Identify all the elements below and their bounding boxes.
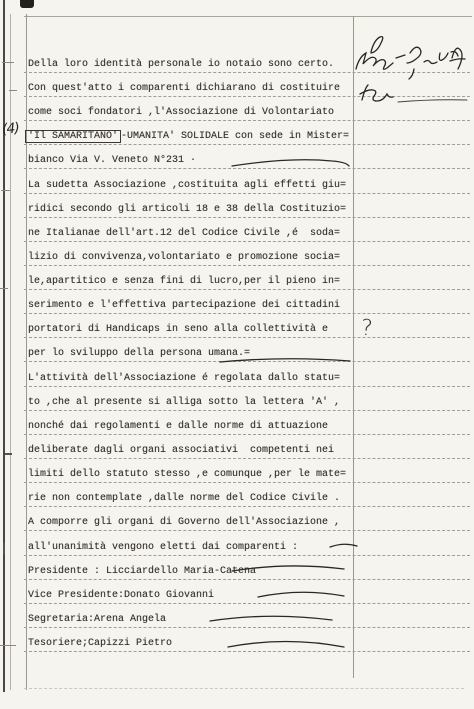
doc-line-20: A comporre gli organi di Governo dell'As… — [24, 514, 470, 531]
line-text: come soci fondatori ,l'Associazione di V… — [28, 106, 334, 120]
doc-line-6: La sudetta Associazione ,costituita agli… — [24, 177, 470, 194]
line-text: deliberate dagli organi associativi comp… — [28, 444, 334, 458]
footer-ruled-line — [24, 688, 464, 689]
doc-line-2: Con quest'atto i comparenti dichiarano d… — [24, 80, 470, 97]
top-ruled-line — [24, 16, 472, 17]
doc-line-1: Della loro identità personale io notaio … — [24, 56, 470, 73]
doc-line-12: portatori di Handicaps in seno alla coll… — [24, 321, 470, 338]
doc-line-18: limiti dello statuto stesso ,e comunque … — [24, 466, 470, 483]
doc-line-5: bianco Via V. Veneto N°231 · — [24, 152, 470, 169]
line-text: lizio di convivenza,volontariato e promo… — [28, 251, 340, 265]
line-text: 'Il SAMARITANO'-UMANITA' SOLIDALE con se… — [28, 130, 349, 144]
line-text: rie non contemplate ,dalle norme del Cod… — [28, 492, 340, 506]
handwritten-underline — [398, 100, 467, 102]
handwritten-question-mark: ? — [360, 316, 373, 342]
line-text: all'unanimità vengono eletti dai compare… — [28, 541, 298, 555]
line-text: per lo sviluppo della persona umana.= — [28, 347, 250, 361]
margin-pen-mark — [1, 190, 10, 191]
margin-pen-mark — [5, 453, 12, 455]
line-text: le,apartitico e senza fini di lucro,per … — [28, 275, 340, 289]
doc-line-16: nonché dai regolamenti e dalle norme di … — [24, 418, 470, 435]
handwritten-margin-number: (4) — [1, 120, 19, 137]
boxed-association-name: 'Il SAMARITANO' — [25, 130, 121, 143]
doc-line-23: Vice Presidente:Donato Giovanni — [24, 587, 470, 604]
line-text: Con quest'atto i comparenti dichiarano d… — [28, 82, 340, 96]
scan-ink-blob — [20, 0, 34, 8]
doc-line-24: Segretaria:Arena Angela — [24, 611, 470, 628]
line-text: Della loro identità personale io notaio … — [28, 58, 334, 72]
line-text: Tesoriere;Capizzi Pietro — [28, 637, 172, 651]
line-text: La sudetta Associazione ,costituita agli… — [28, 179, 346, 193]
margin-pen-mark — [0, 288, 8, 289]
margin-pen-mark — [9, 90, 17, 91]
inner-margin-line — [10, 14, 11, 690]
line-text: Segretaria:Arena Angela — [28, 613, 166, 627]
doc-line-25: Tesoriere;Capizzi Pietro — [24, 635, 470, 652]
doc-line-17: deliberate dagli organi associativi comp… — [24, 442, 470, 459]
margin-pen-mark — [0, 645, 16, 646]
doc-line-21: all'unanimità vengono eletti dai compare… — [24, 539, 470, 556]
line-text: ne Italianae dell'art.12 del Codice Civi… — [28, 227, 340, 241]
doc-line-8: ne Italianae dell'art.12 del Codice Civi… — [24, 225, 470, 242]
doc-line-4: 'Il SAMARITANO'-UMANITA' SOLIDALE con se… — [24, 128, 470, 145]
line-text: A comporre gli organi di Governo dell'As… — [28, 516, 340, 530]
line-text: Vice Presidente:Donato Giovanni — [28, 589, 214, 603]
doc-line-19: rie non contemplate ,dalle norme del Cod… — [24, 490, 470, 507]
margin-pen-mark — [3, 543, 5, 555]
doc-line-11: serimento e l'effettiva partecipazione d… — [24, 297, 470, 314]
doc-line-14: L'attività dell'Associazione é regolata … — [24, 370, 470, 387]
line-text: ridici secondo gli articoli 18 e 38 dell… — [28, 203, 346, 217]
doc-line-15: to ,che al presente si alliga sotto la l… — [24, 394, 470, 411]
signature-scribble — [371, 37, 383, 53]
line-text: serimento e l'effettiva partecipazione d… — [28, 299, 340, 313]
line-text-rest: -UMANITA' SOLIDALE con sede in Mister= — [121, 131, 349, 142]
doc-line-9: lizio di convivenza,volontariato e promo… — [24, 249, 470, 266]
line-text: portatori di Handicaps in seno alla coll… — [28, 323, 328, 337]
line-text: limiti dello statuto stesso ,e comunque … — [28, 468, 346, 482]
line-text: nonché dai regolamenti e dalle norme di … — [28, 420, 328, 434]
doc-line-3: come soci fondatori ,l'Associazione di V… — [24, 104, 470, 121]
doc-line-10: le,apartitico e senza fini di lucro,per … — [24, 273, 470, 290]
margin-pen-mark — [2, 62, 14, 63]
line-text: to ,che al presente si alliga sotto la l… — [28, 396, 340, 410]
doc-line-7: ridici secondo gli articoli 18 e 38 dell… — [24, 201, 470, 218]
line-text: bianco Via V. Veneto N°231 · — [28, 154, 196, 168]
line-text: Presidente : Licciardello Maria-Catena — [28, 565, 256, 579]
doc-line-22: Presidente : Licciardello Maria-Catena — [24, 563, 470, 580]
line-text: L'attività dell'Associazione é regolata … — [28, 372, 340, 386]
scan-border — [3, 0, 5, 692]
doc-line-13: per lo sviluppo della persona umana.= — [24, 345, 470, 362]
